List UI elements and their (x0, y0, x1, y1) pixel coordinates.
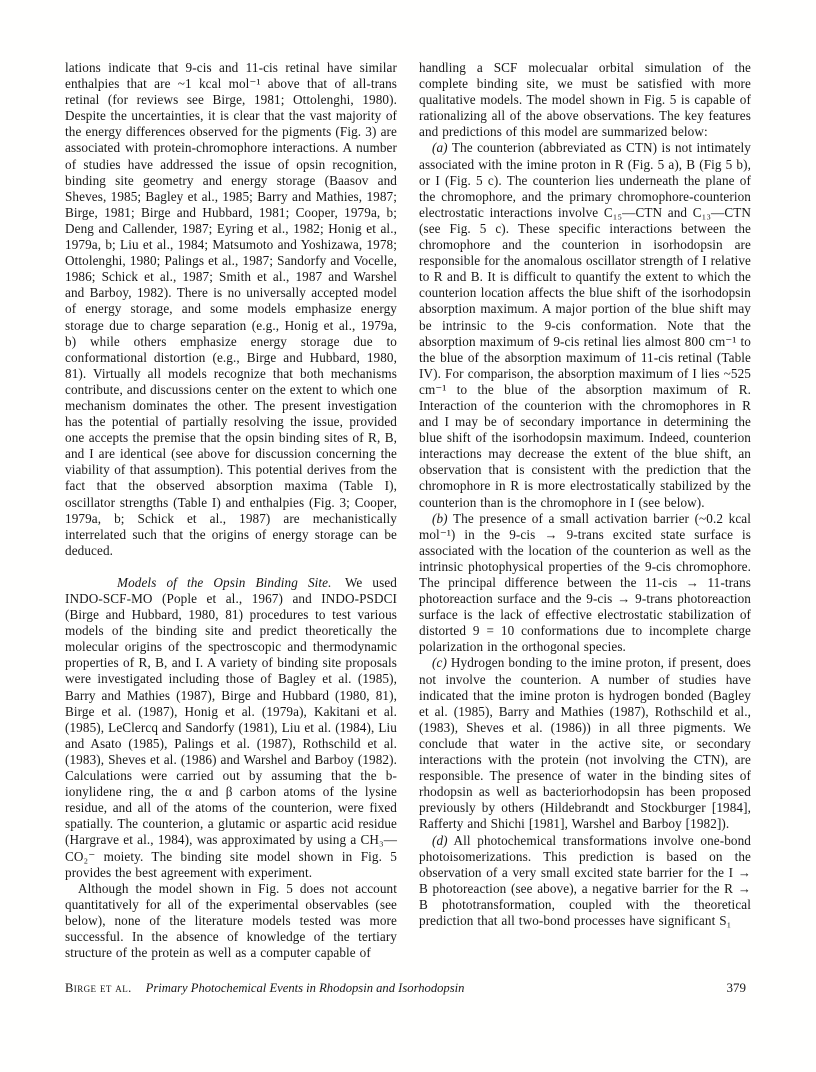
paragraph-label: (b) (432, 511, 448, 526)
journal-page: lations indicate that 9-cis and 11-cis r… (0, 0, 816, 1072)
paragraph: lations indicate that 9-cis and 11-cis r… (65, 60, 397, 559)
right-column: handling a SCF molecualar orbital simula… (419, 60, 751, 961)
paragraph: Although the model shown in Fig. 5 does … (65, 881, 397, 961)
left-column: lations indicate that 9-cis and 11-cis r… (65, 60, 397, 961)
paragraph: (c) Hydrogen bonding to the imine proton… (419, 655, 751, 832)
paragraph: (a) The counterion (abbreviated as CTN) … (419, 140, 751, 510)
paragraph: handling a SCF molecualar orbital simula… (419, 60, 751, 140)
text-columns: lations indicate that 9-cis and 11-cis r… (65, 60, 751, 961)
paragraph-label: (d) (432, 833, 448, 848)
paragraph-label: (c) (432, 655, 447, 670)
section-run-in-heading: Models of the Opsin Binding Site. (117, 575, 338, 590)
paragraph: (b) The presence of a small activation b… (419, 511, 751, 656)
footer-running-title: Primary Photochemical Events in Rhodopsi… (146, 981, 727, 996)
page-number: 379 (727, 980, 747, 995)
paragraph: Models of the Opsin Binding Site. We use… (65, 575, 397, 881)
paragraph: (d) All photochemical transformations in… (419, 833, 751, 930)
paragraph-label: (a) (432, 140, 448, 155)
page-footer: Birge et al. Primary Photochemical Event… (65, 980, 746, 996)
footer-authors: Birge et al. (65, 981, 132, 996)
